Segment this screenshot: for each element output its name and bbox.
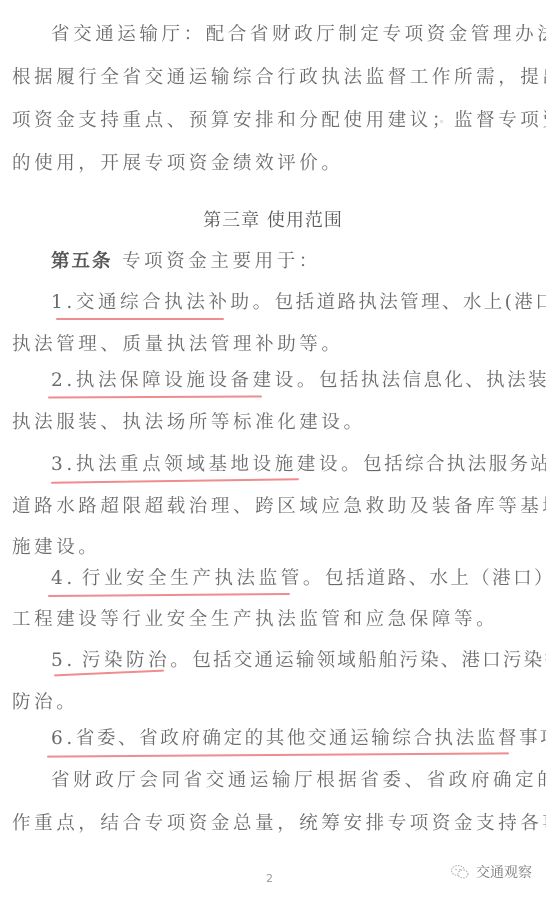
item-detail: 包括道路执法管理、水上(港口) — [275, 292, 546, 313]
list-item-1: 1.交通综合执法补助。包括道路执法管理、水上(港口) — [51, 290, 546, 316]
item-detail: 包括执法信息化、执法装备、 — [319, 370, 546, 391]
closing-line-1: 省财政厅会同省交通运输厅根据省委、省政府确定的工 — [51, 768, 546, 794]
intro-line-2: 根据履行全省交通运输综合行政执法监督工作所需，提出专 — [12, 65, 538, 91]
chapter-title: 第三章 使用范围 — [0, 206, 546, 232]
list-item-6: 6.省委、省政府确定的其他交通运输综合执法监督事项。 — [51, 726, 546, 752]
item-title: 省委、省政府确定的其他交通运输综合执法监督事项。 — [76, 728, 546, 749]
item-number: 2. — [51, 370, 76, 391]
underline-item-4 — [48, 593, 290, 597]
item-number: 5. — [51, 650, 76, 671]
list-item-4: 4.行业安全生产执法监管。包括道路、水上（港口）、 — [51, 566, 546, 592]
underline-item-3 — [51, 478, 299, 483]
item-4-continuation: 工程建设等行业安全生产执法监管和应急保障等。 — [12, 607, 538, 633]
watermark: 交通观察 — [450, 862, 532, 882]
item-detail: 包括交通运输领域船舶污染、港口污染等 — [192, 650, 546, 671]
intro-line-1: 省交通运输厅：配合省财政厅制定专项资金管理办法； — [51, 22, 546, 48]
closing-line-2: 作重点，结合专项资金总量，统筹安排专项资金支持各事项 — [12, 811, 538, 837]
item-detail: 包括综合执法服务站点、 — [363, 454, 546, 475]
item-3-continuation-2: 施建设。 — [12, 535, 538, 561]
page-number: 2 — [266, 872, 273, 885]
list-item-5: 5.污染防治。包括交通运输领域船舶污染、港口污染等 — [51, 648, 546, 674]
scan-speck — [440, 120, 443, 123]
intro-line-3: 项资金支持重点、预算安排和分配使用建议；监督专项资金 — [12, 108, 538, 134]
item-number: 3. — [51, 454, 76, 475]
list-item-3: 3.执法重点领域基地设施建设。包括综合执法服务站点、 — [51, 452, 546, 478]
article-label: 第五条 — [51, 251, 113, 272]
item-3-continuation-1: 道路水路超限超载治理、跨区域应急救助及装备库等基地设 — [12, 494, 538, 520]
article-text: 专项资金主要用于： — [113, 251, 321, 272]
underline-item-6 — [47, 752, 509, 757]
document-page: 省交通运输厅：配合省财政厅制定专项资金管理办法； 根据履行全省交通运输综合行政执… — [0, 0, 546, 897]
item-title: 执法保障设施设备建设。 — [76, 370, 319, 391]
item-number: 4. — [51, 568, 76, 589]
list-item-2: 2.执法保障设施设备建设。包括执法信息化、执法装备、 — [51, 368, 546, 394]
intro-line-4: 的使用，开展专项资金绩效评价。 — [12, 151, 538, 177]
article-heading: 第五条 专项资金主要用于： — [51, 249, 546, 275]
item-title: 交通综合执法补助。 — [76, 292, 275, 313]
item-number: 6. — [51, 728, 76, 749]
item-5-continuation: 防治。 — [12, 690, 538, 716]
wechat-icon — [450, 864, 470, 880]
item-number: 1. — [51, 292, 76, 313]
item-title: 污染防治。 — [82, 650, 193, 671]
item-title: 执法重点领域基地设施建设。 — [76, 454, 363, 475]
item-detail: 包括道路、水上（港口）、 — [325, 568, 546, 589]
watermark-text: 交通观察 — [476, 862, 532, 882]
item-title: 行业安全生产执法监管。 — [82, 568, 325, 589]
item-1-continuation: 执法管理、质量执法管理补助等。 — [12, 332, 538, 358]
item-2-continuation: 执法服装、执法场所等标准化建设。 — [12, 410, 538, 436]
underline-item-1 — [56, 318, 224, 320]
underline-item-2 — [48, 395, 262, 398]
